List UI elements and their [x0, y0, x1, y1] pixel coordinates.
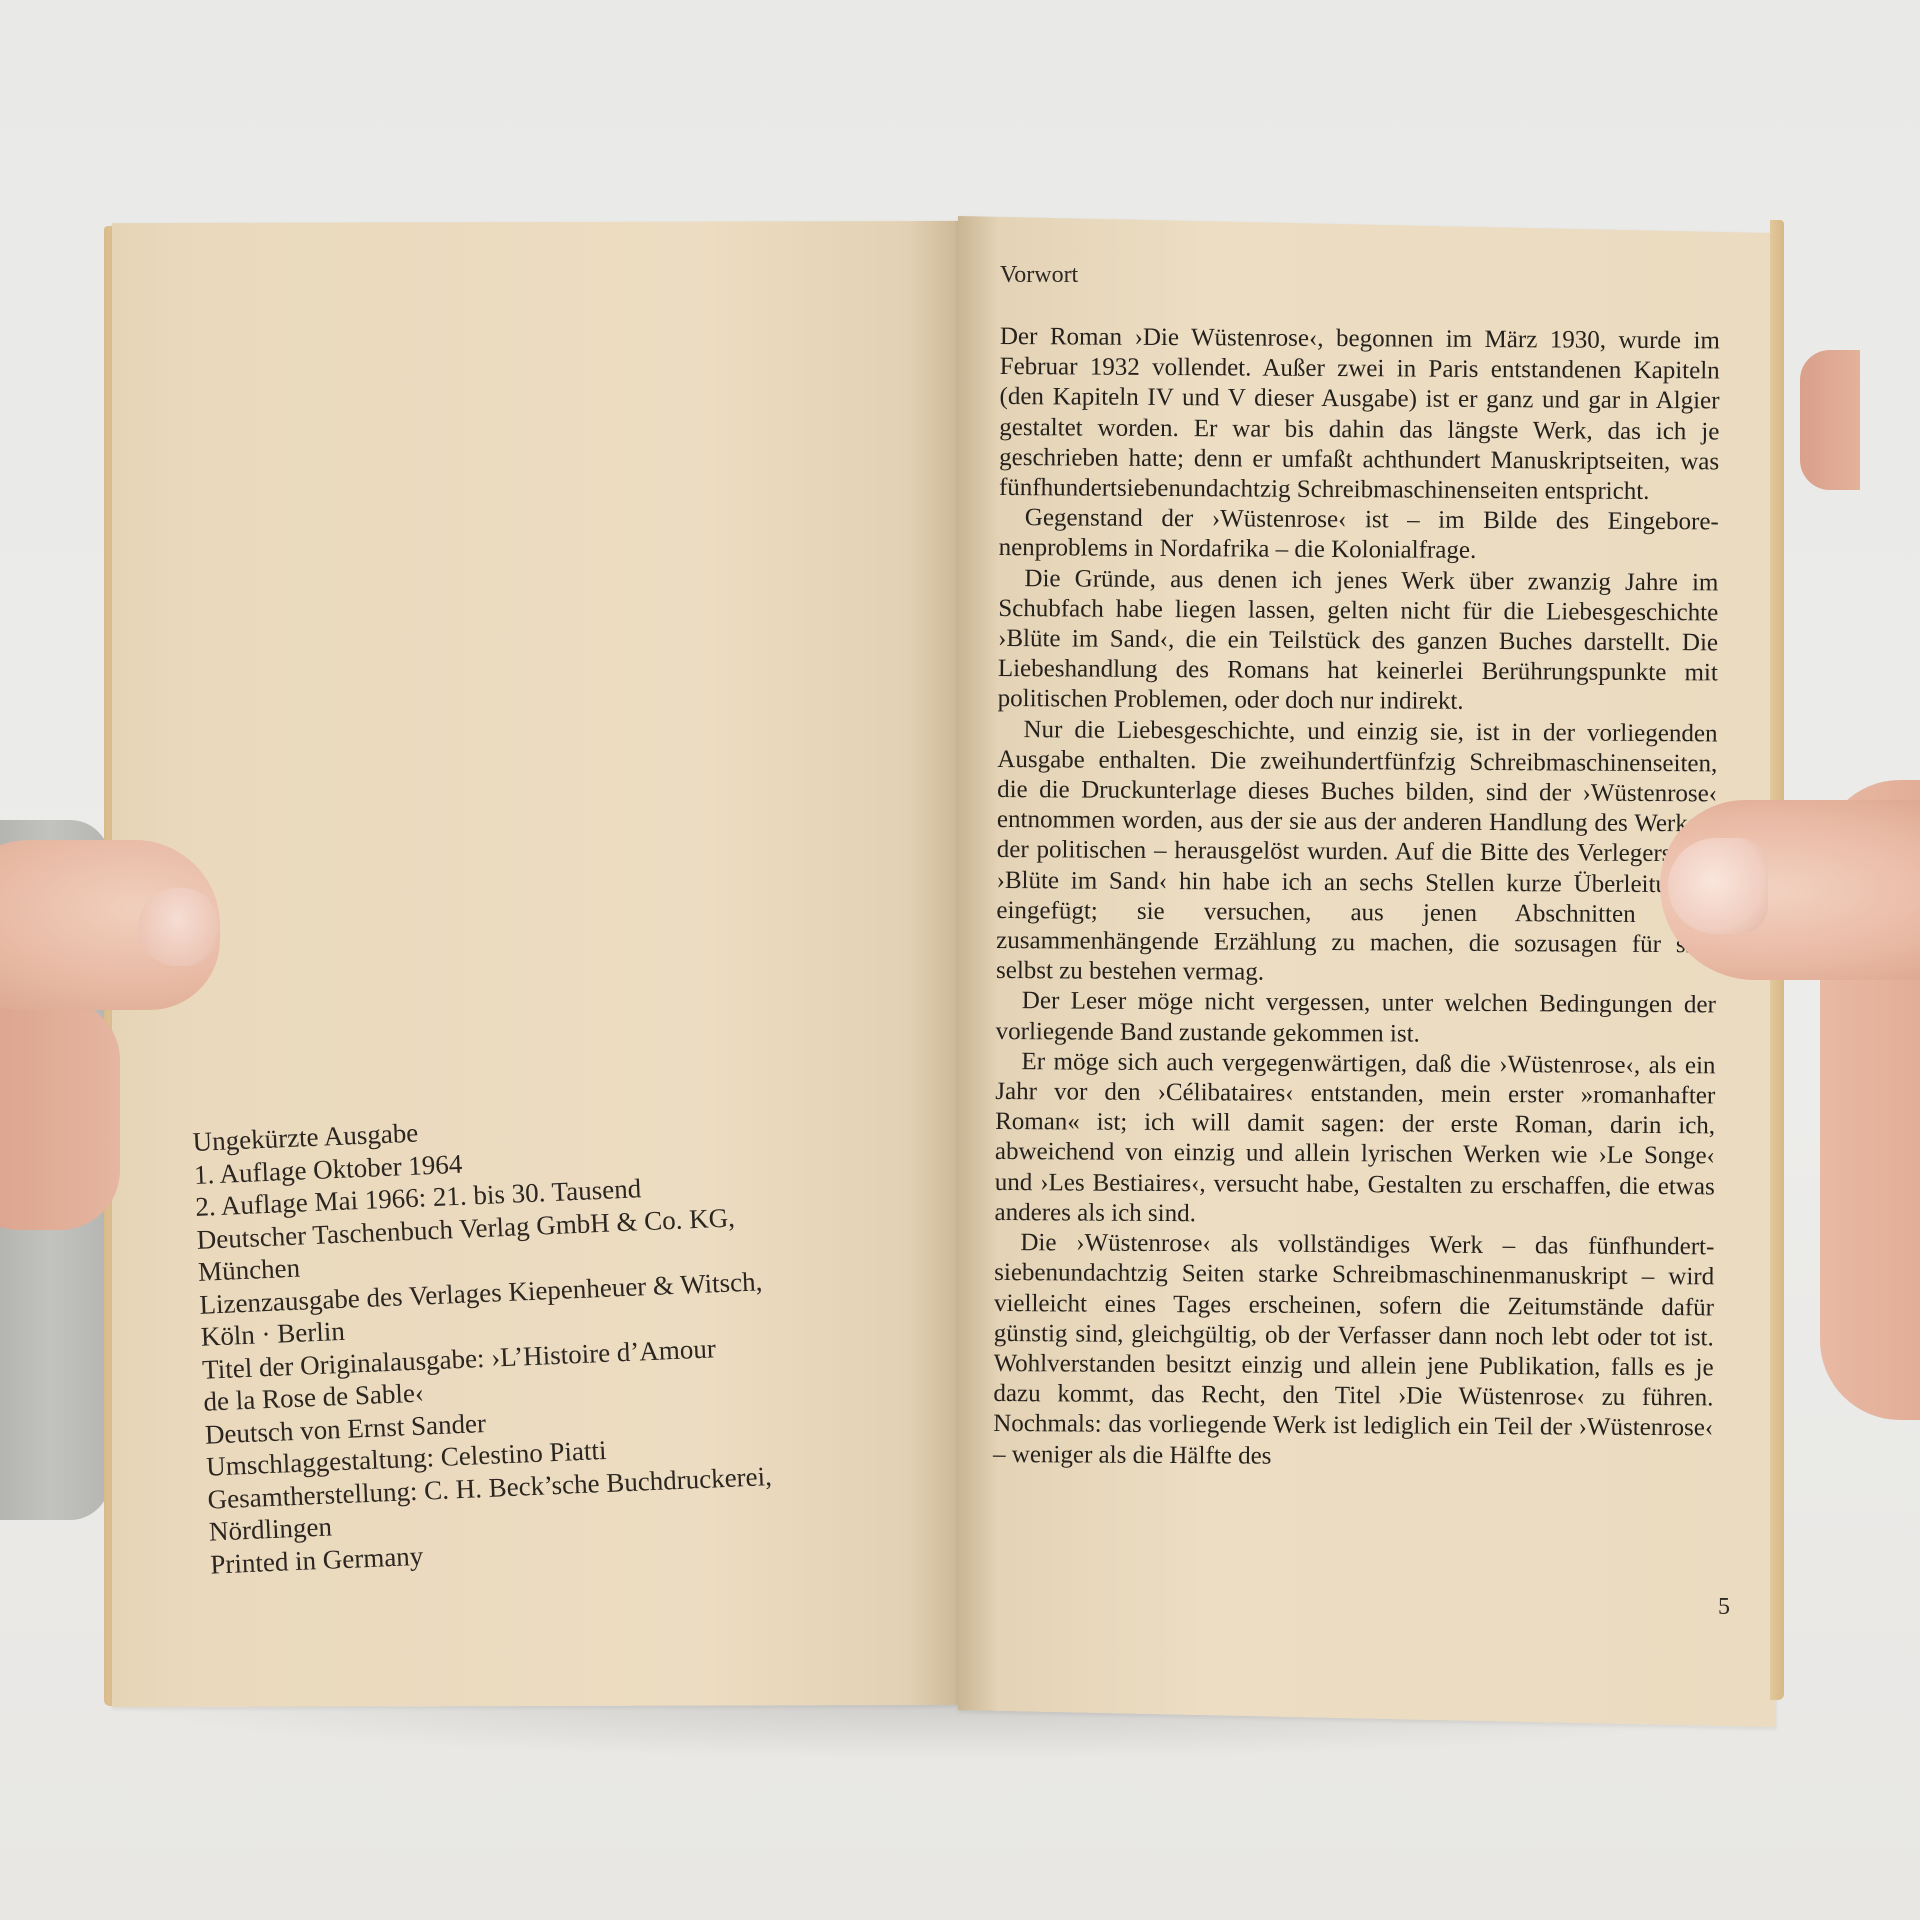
imprint-block: Ungekürzte Ausgabe 1. Auflage Oktober 19… — [192, 1102, 775, 1580]
running-head: Vorwort — [1000, 262, 1078, 289]
right-thumbnail — [1668, 838, 1768, 934]
preface-text: Der Roman ›Die Wüstenrose‹, begonnen im … — [993, 322, 1720, 1474]
paragraph: Die ›Wüstenrose‹ als vollständiges Werk … — [993, 1228, 1714, 1474]
paragraph: Der Roman ›Die Wüstenrose‹, begonnen im … — [999, 322, 1720, 508]
right-hand-finger-top — [1800, 350, 1860, 490]
paragraph: Die Gründe, aus denen ich jenes Werk übe… — [998, 564, 1719, 719]
page-number: 5 — [1718, 1594, 1730, 1621]
paragraph: Der Leser möge nicht vergessen, unter we… — [996, 986, 1716, 1051]
paragraph: Gegenstand der ›Wüstenrose‹ ist – im Bil… — [999, 503, 1719, 568]
left-hand-fingers — [0, 1000, 120, 1230]
left-thumbnail — [138, 888, 218, 966]
paragraph: Er möge sich auch vergegenwärtigen, daß … — [994, 1047, 1715, 1233]
paragraph: Nur die Liebesgeschichte, und einzig sie… — [996, 715, 1718, 991]
